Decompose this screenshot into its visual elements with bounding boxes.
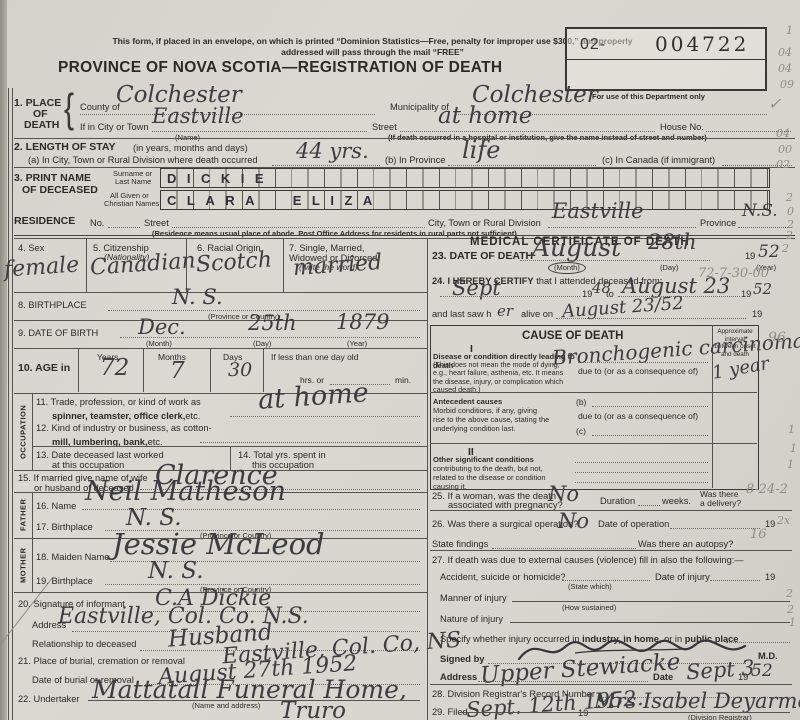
stay-b-label: (b) In Province xyxy=(385,154,445,166)
age-less-header: If less than one day old xyxy=(271,352,358,363)
undertaker-label: 22. Undertaker xyxy=(18,693,80,705)
given-label2: Christian Names xyxy=(104,199,159,208)
pregnancy-value: No xyxy=(548,482,579,506)
rule xyxy=(12,88,13,720)
rule xyxy=(638,505,660,506)
rule xyxy=(32,393,33,470)
residence-note: (Residence means usual place of abode. P… xyxy=(152,229,517,238)
cause-due2-label: due to (or as a consequence of) xyxy=(578,411,698,422)
father-side-label: FATHER xyxy=(15,494,31,536)
rule xyxy=(670,528,760,529)
rule xyxy=(230,416,420,417)
sex-label: 4. Sex xyxy=(18,242,44,254)
surname-value: DICKIE xyxy=(167,171,274,186)
death-month-note: (Month) xyxy=(548,262,586,274)
rule xyxy=(14,138,795,139)
rule xyxy=(32,538,33,592)
father-name-value: Neil Matheson xyxy=(85,476,286,507)
pencil-mark: 04 xyxy=(778,62,792,75)
manner-injury-label: Manner of injury xyxy=(440,592,507,604)
attended-yr2: 19 xyxy=(741,288,751,300)
doctor-date-yr: 19 xyxy=(738,671,748,683)
given-value: CLARA ELIZA xyxy=(167,193,383,208)
pencil-mark: 1 xyxy=(788,423,795,436)
doctor-address-value: Upper Stewiacke xyxy=(479,649,681,689)
pencil-mark: 2 xyxy=(787,603,794,616)
occupation-side-label: OCCUPATION xyxy=(15,395,31,469)
marital-value: married xyxy=(292,250,383,281)
external-causes-label: 27. If death was due to external causes … xyxy=(432,554,744,566)
antecedent-label: Antecedent causes xyxy=(433,397,502,406)
rule xyxy=(32,492,33,538)
last-saw-er: er xyxy=(497,302,513,320)
pencil-mark: 1 xyxy=(789,616,796,629)
city-town-label: If in City or Town xyxy=(80,121,149,133)
rule xyxy=(430,510,792,511)
racial-origin-value: Scotch xyxy=(195,247,273,277)
scan-binding-edge xyxy=(0,0,7,720)
other-conditions-line2: related to the disease or condition xyxy=(433,473,546,482)
residence-city-value: Eastville xyxy=(552,199,644,223)
trade-label2-etc: etc. xyxy=(185,411,200,421)
given-grid: CLARA ELIZA xyxy=(160,190,770,210)
dob-day: 25th xyxy=(248,311,297,335)
sec3-label: 3. PRINT NAME xyxy=(14,172,91,185)
rule xyxy=(120,337,420,338)
pencil-mark: 1 xyxy=(790,442,797,455)
pencil-mark: 00 xyxy=(778,143,792,156)
age-min-label: min. xyxy=(395,375,411,386)
trade-label2-bold: spinner, teamster, office clerk, xyxy=(52,411,185,421)
registrar-name-value: Mrs Isabel Deyarmond. xyxy=(594,689,800,713)
residence-no-label: No. xyxy=(90,217,104,229)
pencil-mark: 2 xyxy=(782,242,789,255)
rule xyxy=(172,227,425,228)
pencil-mark: 1 xyxy=(787,458,794,471)
rule xyxy=(152,131,367,132)
stay-a-label: (a) In City, Town or Rural Division wher… xyxy=(28,154,258,166)
age-years-value: 72 xyxy=(100,355,129,381)
mother-side-label: MOTHER xyxy=(15,540,31,590)
relationship-label: Relationship to deceased xyxy=(32,638,136,650)
pencil-mark: 0 xyxy=(787,205,794,218)
dob-year-note: (Year) xyxy=(347,339,367,348)
trade-value: at home xyxy=(257,377,370,416)
rule xyxy=(492,548,636,549)
city-town-value: Eastville xyxy=(152,104,244,128)
industry-label2: mill, lumbering, bank,etc. xyxy=(52,432,163,450)
age-days-value: 30 xyxy=(228,359,252,381)
county-label: County of xyxy=(80,101,120,113)
rule xyxy=(578,362,708,363)
antecedent-line1: Morbid conditions, if any, giving xyxy=(433,406,537,415)
autopsy-label: Was there an autopsy? xyxy=(638,538,733,550)
rule xyxy=(78,348,79,392)
death-year-value: 52 xyxy=(758,242,780,262)
mother-name-value: Jessie McLeod xyxy=(112,527,325,561)
mother-bp-label: 19. Birthplace xyxy=(36,575,93,587)
house-no-label: House No. xyxy=(660,121,704,133)
rule xyxy=(8,88,9,720)
sec2-label: 2. LENGTH OF STAY xyxy=(14,141,116,154)
nature-injury-label: Nature of injury xyxy=(440,613,503,625)
mother-name-label: 18. Maiden Name xyxy=(36,551,109,563)
rule xyxy=(440,296,580,297)
rule xyxy=(567,59,765,60)
residence-street-label: Street xyxy=(144,217,169,229)
rule xyxy=(86,239,87,292)
rule xyxy=(448,165,596,166)
form-number-stamp: 004722 xyxy=(655,32,749,56)
dob-year: 1879 xyxy=(336,310,389,334)
signed-by-label: Signed by xyxy=(440,653,484,665)
pencil-mark: 04 xyxy=(778,46,792,59)
rule xyxy=(592,435,708,436)
rule xyxy=(706,131,791,132)
pencil-mark: ✓ xyxy=(768,94,781,113)
rule xyxy=(520,260,710,261)
rule xyxy=(575,472,708,473)
residence-city-label: City, Town or Rural Division xyxy=(428,217,541,229)
father-name-label: 16. Name xyxy=(36,500,76,512)
dob-month: Dec. xyxy=(138,315,186,339)
surname-grid: DICKIE xyxy=(160,168,770,188)
rule xyxy=(400,131,655,132)
undertaker-town-value: Truro xyxy=(280,698,346,720)
date-injury-label: Date of injury xyxy=(655,571,710,583)
duration-label: Duration xyxy=(600,495,635,507)
rule xyxy=(548,227,696,228)
residence-province-label: Province xyxy=(700,217,736,229)
street-value: at home xyxy=(438,103,532,129)
death-day-note: (Day) xyxy=(660,263,678,272)
birthplace-label: 8. BIRTHPLACE xyxy=(18,299,87,311)
form-title: PROVINCE OF NOVA SCOTIA—REGISTRATION OF … xyxy=(58,59,502,77)
age-months-value: 7 xyxy=(170,358,185,384)
date-injury-yr: 19 xyxy=(765,571,775,583)
form-number-prefix: 02- xyxy=(580,36,606,54)
rule xyxy=(592,406,708,407)
last-saw-yr: 19 xyxy=(752,308,762,320)
cause-c-prefix: (c) xyxy=(576,426,586,437)
operation-label: 26. Was there a surgical operation? xyxy=(432,518,578,530)
rule xyxy=(200,442,420,443)
operation-date-label: Date of operation xyxy=(598,518,669,530)
pencil-mark: 2 xyxy=(786,587,793,600)
weeks-label: weeks. xyxy=(662,495,691,507)
date-of-death-label: 23. DATE OF DEATH xyxy=(432,250,533,263)
rule xyxy=(143,348,144,392)
death-day-value: 28th xyxy=(648,230,697,254)
birthplace-value: N. S. xyxy=(172,285,223,309)
rule xyxy=(283,239,284,292)
death-month-value: August xyxy=(532,233,621,262)
operation-yr: 19 xyxy=(765,518,775,530)
filed-yr: 19 xyxy=(578,707,588,719)
state-which-note: (State which) xyxy=(568,582,612,591)
dept-use-note: For use of this Department only xyxy=(592,92,705,101)
other-conditions-label: Other significant conditions xyxy=(433,455,534,464)
undertaker-note: (Name and address) xyxy=(192,701,260,710)
pencil-mark: 1 xyxy=(786,24,793,37)
sec1-label3: DEATH xyxy=(24,119,59,132)
delivery-label2: a delivery? xyxy=(700,498,741,509)
dob-label: 9. DATE OF BIRTH xyxy=(18,327,98,339)
operation-value: No xyxy=(558,509,589,533)
pencil-mark: 2x xyxy=(777,514,790,527)
sec2-sub: (in years, months and days) xyxy=(133,142,248,154)
rule xyxy=(556,318,746,319)
sec3-label2: OF DECEASED xyxy=(22,184,98,197)
rule xyxy=(430,684,792,685)
death-year-prefix: 19 xyxy=(745,250,755,262)
rule xyxy=(575,482,708,483)
antecedent-line2: rise to the above cause, stating the xyxy=(433,415,549,424)
division-registrar-note: (Division Registrar) xyxy=(688,713,752,720)
rule xyxy=(575,462,708,463)
street-label: Street xyxy=(372,121,397,133)
pencil-mark: 09 xyxy=(780,78,794,91)
doctor-date-year: 52 xyxy=(751,661,773,681)
rule xyxy=(210,348,211,392)
rule xyxy=(562,580,650,581)
residence-label: RESIDENCE xyxy=(14,215,75,228)
rule xyxy=(14,348,427,349)
age-label: 10. AGE in xyxy=(18,362,70,375)
findings-label: State findings xyxy=(432,538,488,550)
doctor-address-label: Address xyxy=(440,671,477,683)
cause-b-prefix: (b) xyxy=(576,397,586,408)
rule xyxy=(510,622,790,623)
dob-month-note: (Month) xyxy=(146,339,172,348)
antecedent-line3: underlying condition last. xyxy=(433,424,516,433)
stay-c-label: (c) In Canada (if immigrant) xyxy=(602,154,715,166)
stay-b-value: life xyxy=(462,136,500,164)
sex-value: female xyxy=(3,252,80,282)
attended-to-year: 52 xyxy=(753,280,772,298)
pencil-mark: 2 xyxy=(786,191,793,204)
father-bp-label: 17. Birthplace xyxy=(36,521,93,533)
rule xyxy=(710,580,760,581)
rule xyxy=(272,165,380,166)
rule xyxy=(430,550,792,551)
cause-due1-label: due to (or as a consequence of) xyxy=(578,366,698,377)
surname-label2: Last Name xyxy=(115,177,151,186)
other-conditions-line1: contributing to the death, but not, xyxy=(433,464,543,473)
last-saw-alive-label: alive on xyxy=(521,308,553,320)
how-sustained-note: (How sustained) xyxy=(562,603,616,612)
rule xyxy=(478,681,648,682)
stay-a-value: 44 yrs. xyxy=(296,139,369,163)
last-saw-label: and last saw h xyxy=(432,308,491,320)
rule xyxy=(108,227,140,228)
rule xyxy=(512,601,790,602)
death-registration-form-scan: This form, if placed in an envelope, on … xyxy=(0,0,800,720)
rule xyxy=(430,443,757,444)
pencil-mark: 2 xyxy=(787,218,794,231)
doctor-date-label: Date xyxy=(653,671,673,683)
mother-bp-value: N. S. xyxy=(148,558,204,584)
rule xyxy=(738,227,792,228)
residence-province-value: N.S. xyxy=(742,201,778,221)
death-year-note: (Year) xyxy=(756,263,776,272)
dob-day-note: (Day) xyxy=(253,339,271,348)
accident-label: Accident, suicide or homicide? xyxy=(440,571,566,583)
rule xyxy=(722,165,792,166)
brace: { xyxy=(64,87,74,133)
